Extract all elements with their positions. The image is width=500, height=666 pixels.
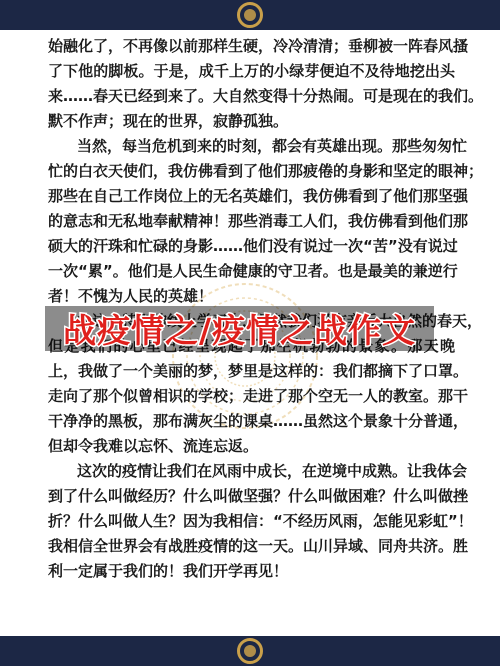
text-line: 忙的白衣天使们，我仿佛看到了他们那疲倦的身影和坚定的眼神； — [48, 159, 455, 184]
text-line: 走向了那个似曾相识的学校；走进了那个空无一人的教室。那干 — [48, 384, 455, 409]
text-line: 的意志和无私地奉献精神！那些消毒工人们，我仿佛看到他们那 — [48, 209, 455, 234]
bottom-border-bar — [0, 636, 500, 666]
text-line: 硕大的汗珠和忙碌的身影……他们没有说过一次“苦”没有说过 — [48, 234, 455, 259]
gold-medallion-icon — [237, 2, 263, 28]
text-line: 了下他的脚板。于是，成千上万的小绿芽便迫不及待地挖出头 — [48, 59, 455, 84]
top-border-bar — [0, 0, 500, 30]
text-line: 折？什么叫做人生？因为我相信：“不经历风雨，怎能见彩虹”！ — [48, 509, 455, 534]
title-watermark-band: 战疫情之/疫情之战作文 — [45, 306, 434, 351]
text-line: 始融化了，不再像以前那样生硬，冷冷清清；垂柳被一阵春风搔 — [48, 34, 455, 59]
text-line: 利一定属于我们的！我们开学再见！ — [48, 559, 455, 584]
text-line: 我相信全世界会有战胜疫情的这一天。山川异域、同舟共济。胜 — [48, 534, 455, 559]
text-line: 默不作声；现在的世界，寂静孤独。 — [48, 109, 455, 134]
text-line: 上，我做了一个美丽的梦，梦里是这样的：我们都摘下了口罩。 — [48, 359, 455, 384]
text-line: 那些在自己工作岗位上的无名英雄们，我仿佛看到了他们那坚强 — [48, 184, 455, 209]
text-line: 这次的疫情让我们在风雨中成长，在逆境中成熟。让我体会 — [48, 459, 455, 484]
text-line: 到了什么叫做经历？什么叫做坚强？什么叫做困难？什么叫做挫 — [48, 484, 455, 509]
text-line: 当然，每当危机到来的时刻，都会有英雄出现。那些匆匆忙 — [48, 134, 455, 159]
text-line: 干净净的黑板，那布满灰尘的课桌……虽然这个景象十分普通， — [48, 409, 455, 434]
watermark-title: 战疫情之/疫情之战作文 — [63, 305, 416, 352]
gold-medallion-icon — [237, 638, 263, 664]
document-page: 始融化了，不再像以前那样生硬，冷冷清清；垂柳被一阵春风搔 了下他的脚板。于是，成… — [0, 0, 500, 666]
text-line: 来……春天已经到来了。大自然变得十分热闹。可是现在的我们。 — [48, 84, 455, 109]
text-line: 但却令我难以忘怀、流连忘返。 — [48, 434, 455, 459]
text-line: 一次“累”。他们是人民生命健康的守卫者。也是最美的兼逆行 — [48, 259, 455, 284]
